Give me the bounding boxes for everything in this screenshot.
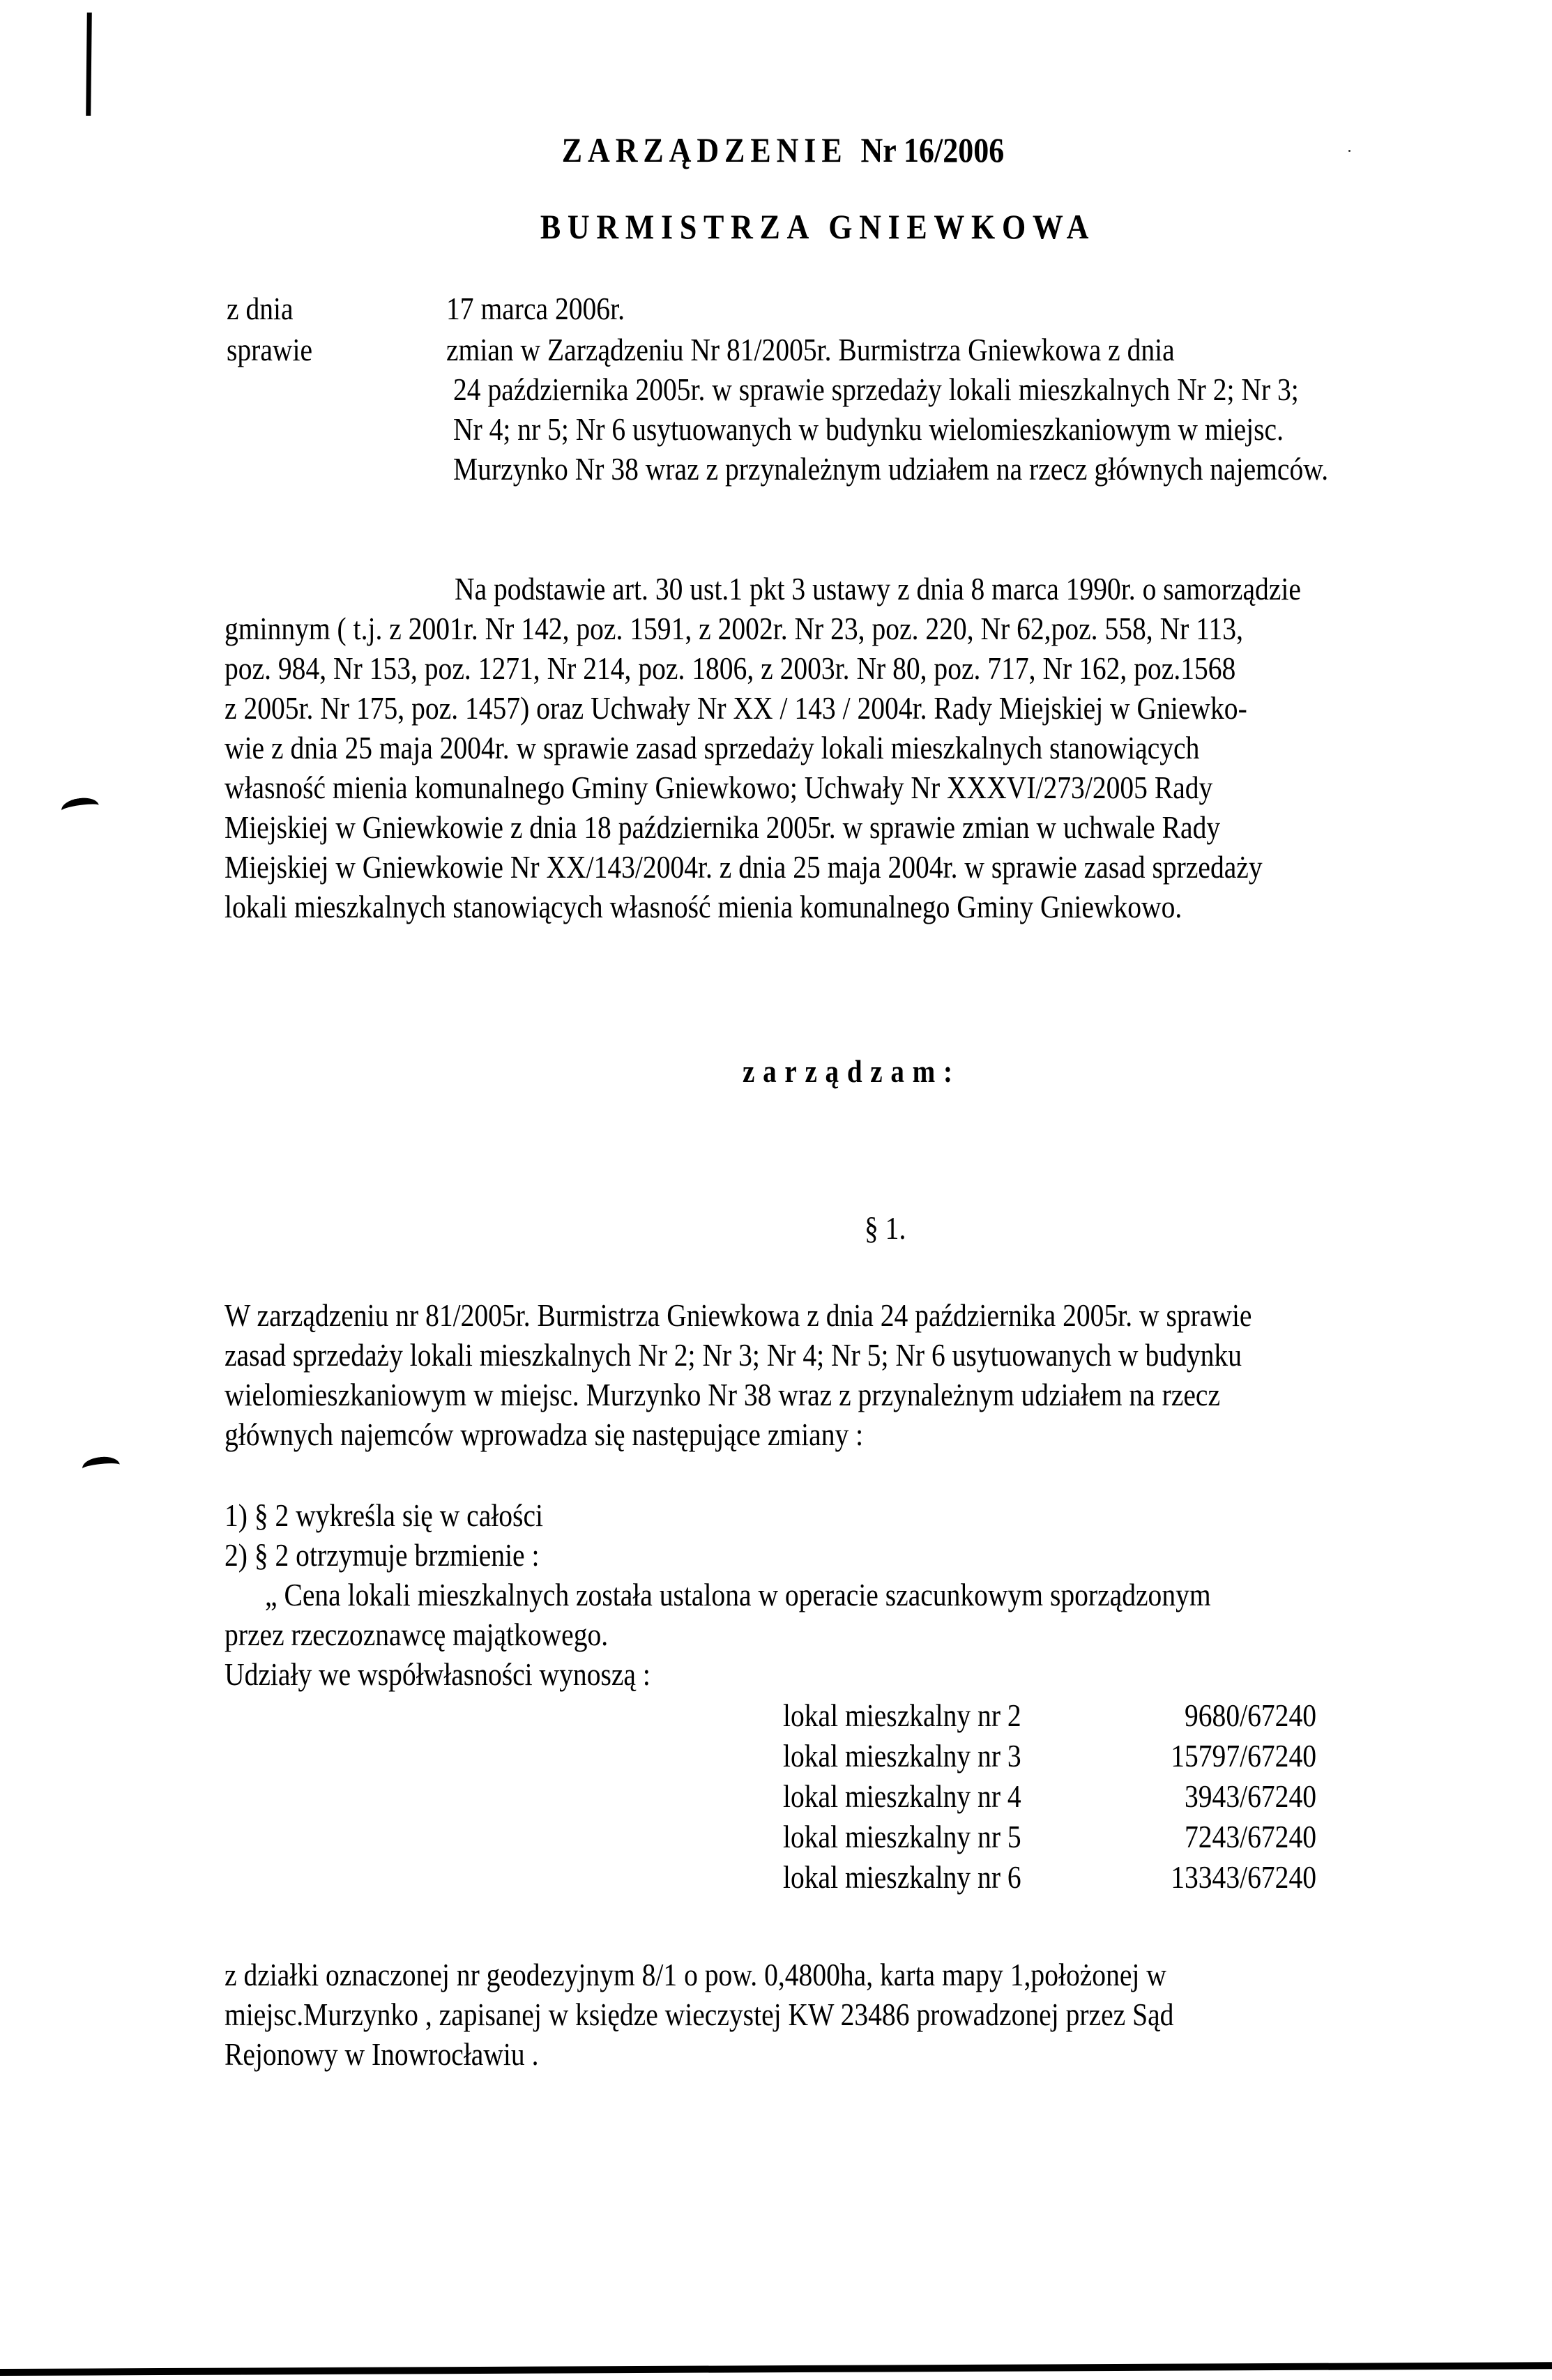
legal-basis-line: własność mienia komunalnego Gminy Gniewk…	[225, 768, 1212, 807]
plot-line: Rejonowy w Inowrocławiu .	[225, 2034, 538, 2074]
scan-margin-bar	[86, 13, 92, 116]
subject-line: 24 października 2005r. w sprawie sprzeda…	[453, 369, 1299, 409]
plot-line: miejsc.Murzynko , zapisanej w księdze wi…	[225, 1994, 1173, 2034]
section-heading: § 1.	[865, 1210, 906, 1246]
margin-mark-icon	[60, 795, 100, 820]
share-unit: lokal mieszkalny nr 4	[783, 1776, 1021, 1816]
subject-label: sprawie	[227, 330, 312, 369]
section-intro-line: wielomieszkaniowym w miejsc. Murzynko Nr…	[225, 1375, 1220, 1414]
shares-intro: Udziały we współwłasności wynoszą :	[225, 1654, 651, 1694]
section-intro-line: zasad sprzedaży lokali mieszkalnych Nr 2…	[225, 1335, 1242, 1375]
share-unit: lokal mieszkalny nr 3	[783, 1736, 1021, 1776]
legal-basis-line: lokali mieszkalnych stanowiących własnoś…	[225, 887, 1182, 926]
subject-line: Murzynko Nr 38 wraz z przynależnym udzia…	[453, 449, 1328, 489]
section-intro-line: głównych najemców wprowadza się następuj…	[225, 1414, 863, 1454]
legal-basis-line: Miejskiej w Gniewkowie Nr XX/143/2004r. …	[225, 847, 1263, 887]
legal-basis-line: z 2005r. Nr 175, poz. 1457) oraz Uchwały…	[225, 688, 1247, 728]
document-title: ZARZĄDZENIE Nr 16/2006	[100, 130, 1466, 170]
legal-basis-line: gminnym ( t.j. z 2001r. Nr 142, poz. 159…	[225, 609, 1243, 648]
share-fraction: 9680/67240	[1076, 1695, 1316, 1735]
legal-basis-line: Miejskiej w Gniewkowie z dnia 18 paździe…	[225, 807, 1220, 847]
legal-basis-line: poz. 984, Nr 153, poz. 1271, Nr 214, poz…	[225, 648, 1235, 688]
quote-line: przez rzeczoznawcę majątkowego.	[225, 1615, 608, 1654]
section-intro-line: W zarządzeniu nr 81/2005r. Burmistrza Gn…	[225, 1295, 1252, 1335]
subject-line: zmian w Zarządzeniu Nr 81/2005r. Burmist…	[446, 330, 1175, 369]
document-authority: BURMISTRZA GNIEWKOWA	[135, 206, 1501, 247]
share-fraction: 15797/67240	[1076, 1736, 1316, 1776]
scan-bottom-rule	[0, 2362, 1552, 2376]
share-unit: lokal mieszkalny nr 6	[783, 1857, 1021, 1897]
change-item-1: 1) § 2 wykreśla się w całości	[225, 1495, 543, 1535]
change-item-2: 2) § 2 otrzymuje brzmienie :	[225, 1535, 540, 1575]
legal-basis-line: Na podstawie art. 30 ust.1 pkt 3 ustawy …	[455, 569, 1301, 609]
share-unit: lokal mieszkalny nr 5	[783, 1817, 1021, 1856]
share-fraction: 7243/67240	[1076, 1817, 1316, 1856]
plot-line: z działki oznaczonej nr geodezyjnym 8/1 …	[225, 1955, 1166, 1994]
legal-basis-line: wie z dnia 25 maja 2004r. w sprawie zasa…	[225, 728, 1199, 768]
decree-heading: zarządzam:	[743, 1053, 961, 1090]
margin-mark-icon	[82, 1455, 121, 1478]
title-main: ZARZĄDZENIE	[562, 130, 848, 169]
share-fraction: 3943/67240	[1076, 1776, 1316, 1816]
date-label: z dnia	[227, 289, 294, 328]
quote-line: „ Cena lokali mieszkalnych została ustal…	[265, 1575, 1211, 1615]
share-unit: lokal mieszkalny nr 2	[783, 1695, 1021, 1735]
title-number: Nr 16/2006	[861, 130, 1005, 169]
date-value: 17 marca 2006r.	[446, 289, 625, 328]
document-page: ZARZĄDZENIE Nr 16/2006 BURMISTRZA GNIEWK…	[0, 0, 1552, 2380]
share-fraction: 13343/67240	[1076, 1857, 1316, 1897]
subject-line: Nr 4; nr 5; Nr 6 usytuowanych w budynku …	[453, 409, 1284, 449]
